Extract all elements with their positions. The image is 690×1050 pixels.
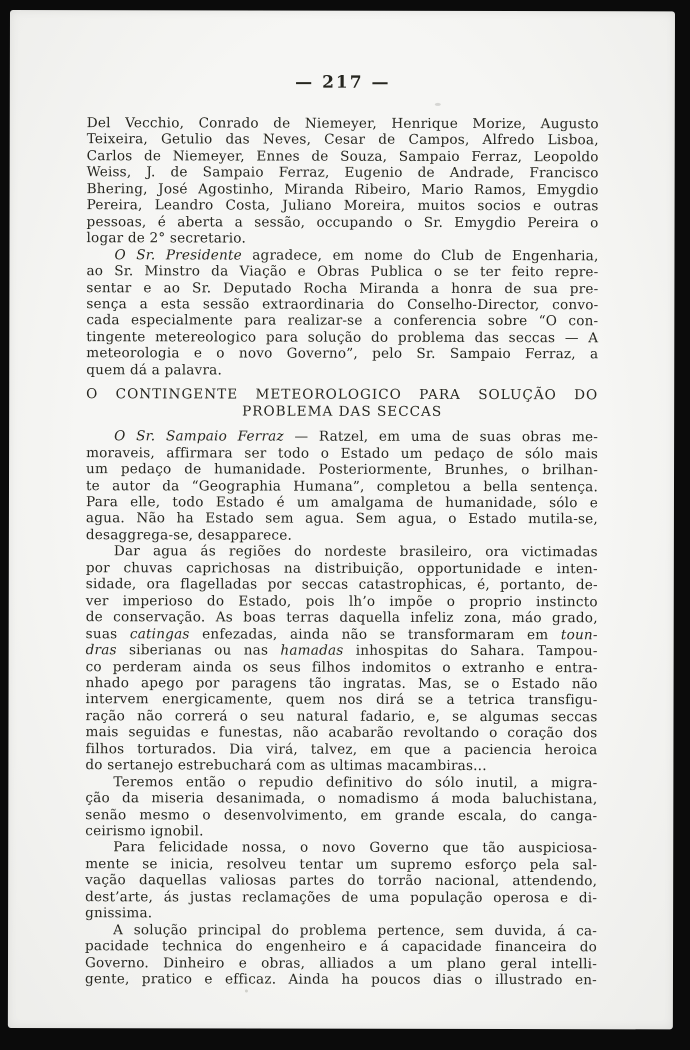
text-segment: Weiss, J. de Sampaio Ferraz, Eugenio de … [87,165,599,182]
text-line: co perderam ainda os seus filhos indomit… [86,659,598,677]
text-line: tingente metereologico para solução do p… [86,329,598,347]
text-line: ao Sr. Minstro da Viação e Obras Publica… [86,263,598,281]
text-line: por chuvas caprichosas na distribuição, … [86,560,598,578]
italic-text: hamadas [280,643,343,659]
text-line: Teixeira, Getulio das Neves, Cesar de Ca… [87,132,599,150]
text-line: nhado apego por paragens tão ingratas. M… [86,675,598,693]
text-line: PROBLEMA DAS SECCAS [86,403,598,421]
text-segment: ção da miseria desanimada, o nomadismo á… [85,790,597,807]
text-segment: mente se inicia, resolveu tentar um supr… [85,856,597,873]
text-line: meteorologia e o novo Governo”, pelo Sr.… [86,346,598,364]
document-body: Del Vecchio, Conrado de Niemeyer, Henriq… [85,115,599,989]
text-segment: ceirismo ignobil. [85,823,203,839]
text-segment: filhos torturados. Dia virá, talvez, em … [85,741,597,758]
text-segment: desaggrega-se, desapparece. [86,527,292,543]
text-line: sentar e ao Sr. Deputado Rocha Miranda a… [86,280,598,298]
text-segment: logar de 2° secretario. [87,230,246,246]
text-line: agua. Não ha Estado sem agua. Sem agua, … [86,511,598,529]
text-line: um pedaço de humanidade. Posteriormente,… [86,461,598,479]
text-segment: do sertanejo estrebuchará com as ultimas… [85,757,486,774]
text-line: Del Vecchio, Conrado de Niemeyer, Henriq… [87,115,599,133]
text-line: gnissima. [85,905,597,923]
text-line: pacidade technica do engenheiro e á capa… [85,938,597,956]
text-line: mais seguidas e funestas, não acabarão r… [85,724,597,742]
text-line: pessoas, é aberta a sessão, occupando o … [87,214,599,232]
italic-text: dras [86,642,117,658]
text-segment: Governo. Dinheiro e obras, alliados a um… [85,955,597,972]
scan-speck [245,989,248,992]
paragraph: Dar agua ás regiões do nordeste brasilei… [85,543,597,774]
text-segment: gnissima. [85,905,152,921]
text-line: A solução principal do problema pertence… [85,922,597,940]
text-segment: ração não correrá o seu natural fadario,… [86,708,598,725]
text-line: Carlos de Niemeyer, Ennes de Souza, Samp… [87,148,599,166]
text-line: Weiss, J. de Sampaio Ferraz, Eugenio de … [87,165,599,183]
text-segment: Pereira, Leandro Costa, Juliano Moreira,… [87,197,599,214]
text-segment: ver imperioso do Estado, pois lh’o impõe… [86,593,598,610]
italic-text: catingas [130,626,190,642]
text-segment: agradece, em nome do Club de Engenharia, [242,247,599,264]
text-segment: suas [86,626,130,642]
text-line: Bhering, José Agostinho, Miranda Ribeiro… [87,181,599,199]
text-segment: enfezadas, ainda não se transformaram em [190,626,561,643]
italic-text: O Sr. Sampaio Ferraz [114,428,284,444]
text-segment: pessoas, é aberta a sessão, occupando o … [87,214,599,231]
text-line: de conservação. As boas terras daquella … [86,609,598,627]
text-segment: siberianas ou nas [117,642,281,658]
text-segment: tingente metereologico para solução do p… [86,329,598,346]
italic-text: O Sr. Presidente [114,247,241,263]
text-segment: Bhering, José Agostinho, Miranda Ribeiro… [87,181,599,198]
text-segment: intervem energicamente, quem nos dirá se… [86,692,598,709]
text-line: sidade, ora flagelladas por seccas catas… [86,576,598,594]
text-segment: — Ratzel, em uma de suas obras me- [284,429,598,446]
text-segment: mais seguidas e funestas, não acabarão r… [85,724,597,741]
text-segment: dest’arte, ás justas reclamações de uma … [85,889,597,906]
italic-text: toun- [561,627,598,643]
text-segment: inhospitas do Sahara. Tampou- [343,643,597,660]
text-line: O Sr. Presidente agradece, em nome do Cl… [86,247,598,265]
text-segment: cada especialmente para realizar-se a co… [86,313,598,330]
text-segment: senão mesmo o desenvolvimento, em grande… [85,807,597,824]
paragraph: O Sr. Sampaio Ferraz — Ratzel, em uma de… [86,428,598,544]
text-line: ração não correrá o seu natural fadario,… [86,708,598,726]
text-line: vação daquellas valiosas partes do torrã… [85,873,597,891]
text-line: O CONTINGENTE METEOROLOGICO PARA SOLUÇÃO… [86,386,598,404]
section-heading: O CONTINGENTE METEOROLOGICO PARA SOLUÇÃO… [86,386,598,420]
text-line: te autor da “Geographia Humana”, complet… [86,478,598,496]
text-segment: por chuvas caprichosas na distribuição, … [86,560,598,577]
text-line: O Sr. Sampaio Ferraz — Ratzel, em uma de… [86,428,598,446]
text-segment: sidade, ora flagelladas por seccas catas… [86,576,598,593]
text-segment: Teremos então o repudio definitivo do só… [113,774,597,791]
text-line: Pereira, Leandro Costa, Juliano Moreira,… [87,197,599,215]
text-segment: PROBLEMA DAS SECCAS [242,403,442,419]
paragraph: Teremos então o repudio definitivo do só… [85,774,597,841]
text-segment: Teixeira, Getulio das Neves, Cesar de Ca… [87,132,599,149]
text-line: gente, pratico e efficaz. Ainda ha pouco… [85,971,597,989]
text-line: quem dá a palavra. [86,362,598,380]
paragraph: O Sr. Presidente agradece, em nome do Cl… [86,247,598,380]
text-segment: Del Vecchio, Conrado de Niemeyer, Henriq… [87,115,599,132]
text-segment: nhado apego por paragens tão ingratas. M… [86,675,598,692]
text-segment: meteorologia e o novo Governo”, pelo Sr.… [86,346,598,363]
text-segment: Dar agua ás regiões do nordeste brasilei… [114,544,598,561]
text-segment: agua. Não ha Estado sem agua. Sem agua, … [86,511,598,528]
text-line: Para elle, todo Estado é um amalgama de … [86,494,598,512]
text-segment: pacidade technica do engenheiro e á capa… [85,938,597,955]
scan-speck [435,103,441,106]
paragraph: A solução principal do problema pertence… [85,922,597,989]
text-line: ver imperioso do Estado, pois lh’o impõe… [86,593,598,611]
document-page: — 217 — Del Vecchio, Conrado de Niemeyer… [8,10,675,1029]
text-line: ção da miseria desanimada, o nomadismo á… [85,790,597,808]
text-segment: gente, pratico e efficaz. Ainda ha pouco… [85,971,597,988]
text-segment: ao Sr. Minstro da Viação e Obras Publica… [86,263,598,280]
text-line: filhos torturados. Dia virá, talvez, em … [85,741,597,759]
text-segment: sença a esta sessão extraordinaria do Co… [86,296,598,313]
text-segment: O CONTINGENTE METEOROLOGICO PARA SOLUÇÃO… [86,386,598,403]
text-line: Governo. Dinheiro e obras, alliados a um… [85,955,597,973]
text-segment: co perderam ainda os seus filhos indomit… [86,659,598,676]
text-line: moraveis, affirmara ser todo o Estado um… [86,445,598,463]
text-segment: vação daquellas valiosas partes do torrã… [85,873,597,890]
text-line: do sertanejo estrebuchará com as ultimas… [85,757,597,775]
text-segment: quem dá a palavra. [86,362,222,378]
text-line: Dar agua ás regiões do nordeste brasilei… [86,543,598,561]
text-line: mente se inicia, resolveu tentar um supr… [85,856,597,874]
text-line: ceirismo ignobil. [85,823,597,841]
text-segment: sentar e ao Sr. Deputado Rocha Miranda a… [86,280,598,297]
text-segment: te autor da “Geographia Humana”, complet… [86,478,598,495]
text-segment: moraveis, affirmara ser todo o Estado um… [86,445,598,462]
text-line: Para felicidade nossa, o novo Governo qu… [85,840,597,858]
text-line: sença a esta sessão extraordinaria do Co… [86,296,598,314]
text-segment: A solução principal do problema pertence… [113,922,597,939]
text-line: cada especialmente para realizar-se a co… [86,313,598,331]
text-line: Teremos então o repudio definitivo do só… [85,774,597,792]
text-line: dras siberianas ou nas hamadas inhospita… [86,642,598,660]
page-number: — 217 — [87,72,599,93]
paragraph: Para felicidade nossa, o novo Governo qu… [85,840,597,923]
text-segment: Carlos de Niemeyer, Ennes de Souza, Samp… [87,148,599,165]
text-line: suas catingas enfezadas, ainda não se tr… [86,626,598,644]
text-line: desaggrega-se, desapparece. [86,527,598,545]
text-line: logar de 2° secretario. [87,230,599,248]
text-segment: Para elle, todo Estado é um amalgama de … [86,494,598,511]
text-segment: de conservação. As boas terras daquella … [86,609,598,626]
text-line: senão mesmo o desenvolvimento, em grande… [85,807,597,825]
text-line: dest’arte, ás justas reclamações de uma … [85,889,597,907]
paragraph: Del Vecchio, Conrado de Niemeyer, Henriq… [87,115,599,248]
text-line: intervem energicamente, quem nos dirá se… [86,692,598,710]
text-segment: um pedaço de humanidade. Posteriormente,… [86,461,598,478]
text-segment: Para felicidade nossa, o novo Governo qu… [113,840,597,857]
